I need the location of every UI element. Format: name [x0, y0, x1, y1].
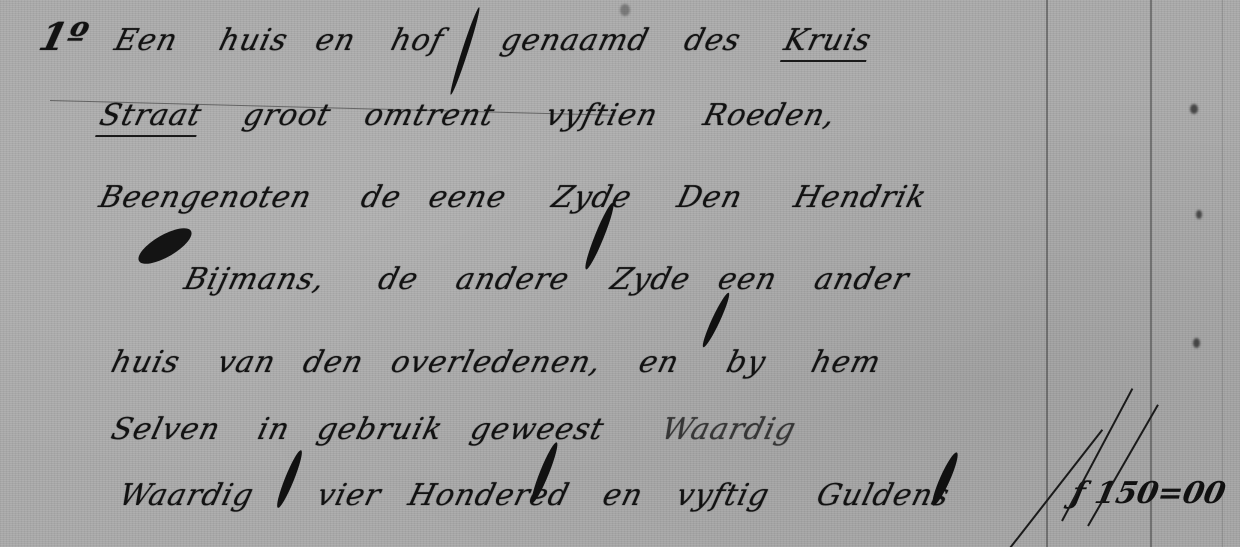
word: vyftig: [673, 478, 774, 513]
word: de: [375, 262, 423, 297]
word: Zyde: [607, 262, 694, 297]
text-line-3: Beengenoten de eene Zyde Den Hendrik: [96, 180, 949, 215]
text-line-4: Bijmans, de andere Zyde een ander: [181, 262, 931, 297]
word: hof: [387, 23, 447, 58]
word: des: [681, 23, 745, 58]
word: en: [599, 478, 647, 513]
word: vyftien: [542, 98, 661, 133]
word: groot: [239, 98, 334, 133]
word: een: [714, 262, 781, 297]
word: vier: [314, 478, 385, 513]
word: in: [254, 412, 294, 447]
column-rule-left: [1046, 0, 1048, 547]
ink-blot: [1190, 104, 1198, 114]
entry-number: 1º: [35, 14, 94, 59]
word: huis: [216, 23, 292, 58]
word: en: [312, 23, 360, 58]
word: den: [300, 345, 368, 380]
word: hem: [808, 345, 885, 380]
word: overledenen,: [387, 345, 605, 380]
word: en: [635, 345, 683, 380]
word: omtrent: [361, 98, 499, 133]
word: genaamd: [497, 23, 652, 58]
word: van: [214, 345, 280, 380]
text-line-5: huis van den overledenen, en by hem: [108, 345, 903, 380]
word: eene: [425, 180, 510, 215]
word: Hondered: [405, 478, 574, 513]
word: Zyde: [548, 180, 635, 215]
word: gebruik: [314, 412, 447, 447]
amount-value: ƒ 150=00: [1068, 476, 1228, 511]
word: Waardig: [116, 478, 258, 513]
word: ander: [811, 262, 913, 297]
word: Beengenoten: [96, 180, 316, 215]
word: Selven: [108, 412, 225, 447]
ink-blot: [1193, 338, 1200, 348]
word: andere: [452, 262, 573, 297]
text-line-6: Selven in gebruik geweest Waardig: [108, 412, 818, 447]
ink-blot: [1196, 210, 1202, 219]
word: Waardig: [658, 412, 800, 447]
word: Roeden,: [700, 98, 840, 133]
underlined-word-kruis: Kruis: [780, 23, 876, 62]
word: by: [723, 345, 770, 380]
word: huis: [108, 345, 184, 380]
word: Hendrik: [790, 180, 930, 215]
column-rule-edge: [1222, 0, 1223, 547]
word: geweest: [467, 412, 608, 447]
word: Den: [674, 180, 747, 215]
column-rule-right: [1150, 0, 1152, 547]
word: Bijmans,: [181, 262, 329, 297]
word: de: [358, 180, 406, 215]
word: Een: [111, 23, 182, 58]
